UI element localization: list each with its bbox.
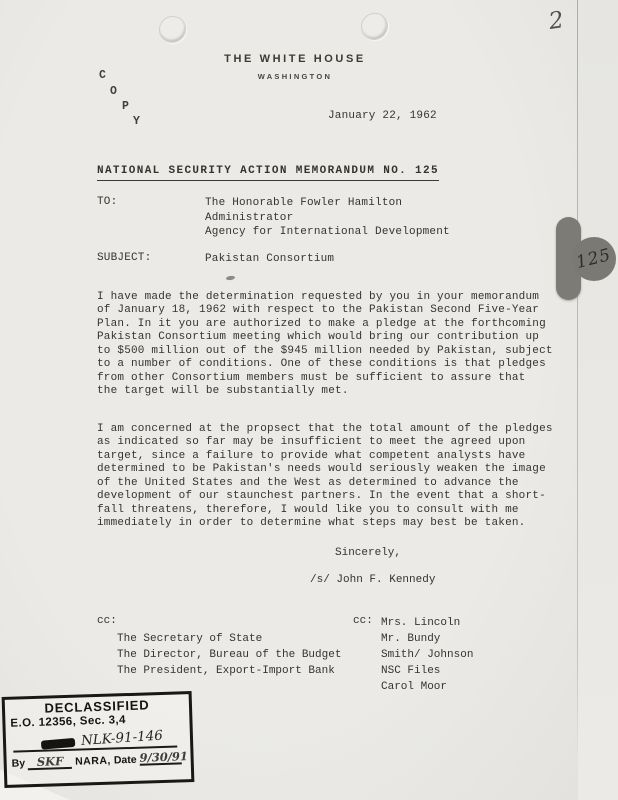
cc-right-item: Carol Moor	[381, 679, 473, 695]
stamp-date-label: Date	[114, 754, 137, 767]
copy-letter-y: Y	[133, 115, 140, 128]
closing-sincerely: Sincerely,	[335, 547, 401, 559]
cc-left-label: cc:	[97, 615, 117, 627]
copy-letter-o: O	[110, 85, 117, 98]
cc-left-item: The Secretary of State	[117, 631, 341, 647]
copy-letter-p: P	[122, 100, 129, 113]
letterhead-title: THE WHITE HOUSE	[0, 53, 590, 65]
signature-line: /s/ John F. Kennedy	[310, 574, 435, 586]
file-tab-number: 125	[574, 245, 613, 273]
cc-right-label: cc:	[353, 615, 373, 627]
cc-left-list: The Secretary of State The Director, Bur…	[117, 631, 341, 679]
cc-right-item: Mr. Bundy	[381, 631, 473, 647]
cc-right-list: Mrs. Lincoln Mr. Bundy Smith/ Johnson NS…	[381, 615, 473, 695]
paper-sheet	[0, 0, 578, 800]
cc-left-item: The President, Export-Import Bank	[117, 663, 341, 679]
stamp-by-initials: SKF	[28, 756, 72, 770]
file-tab-circle: 125	[572, 237, 616, 281]
cc-left-item: The Director, Bureau of the Budget	[117, 647, 341, 663]
memo-title: NATIONAL SECURITY ACTION MEMORANDUM NO. …	[97, 165, 439, 181]
letterhead: THE WHITE HOUSE WASHINGTON	[0, 0, 590, 81]
subject-label: SUBJECT:	[97, 252, 151, 264]
scanned-memo-page: 2 THE WHITE HOUSE WASHINGTON C O P Y Jan…	[0, 0, 618, 800]
to-value: The Honorable Fowler Hamilton Administra…	[205, 196, 450, 240]
body-paragraph-2: I am concerned at the propsect that the …	[97, 423, 569, 531]
stamp-case-number: NLK-91-146	[81, 728, 164, 749]
stamp-agency: NARA,	[75, 755, 111, 768]
letterhead-city: WASHINGTON	[0, 72, 590, 81]
cc-right-item: NSC Files	[381, 663, 473, 679]
declassification-stamp: DECLASSIFIED E.O. 12356, Sec. 3,4 NLK-91…	[2, 691, 195, 788]
page-edge-line	[577, 0, 578, 762]
body-paragraph-1: I have made the determination requested …	[97, 291, 569, 399]
stamp-date-value: 9/30/91	[139, 751, 181, 765]
stamp-scribble-mark	[41, 738, 76, 750]
scan-margin-strip	[578, 0, 618, 800]
copy-letter-c: C	[99, 69, 106, 82]
stamp-by-row: By SKF NARA, Date 9/30/91	[11, 751, 185, 769]
subject-value: Pakistan Consortium	[205, 252, 334, 267]
cc-right-item: Smith/ Johnson	[381, 647, 473, 663]
to-label: TO:	[97, 196, 117, 208]
stamp-case-row: NLK-91-146	[13, 728, 178, 753]
date-line: January 22, 1962	[328, 110, 437, 122]
cc-right-item: Mrs. Lincoln	[381, 615, 473, 631]
stamp-by-label: By	[12, 757, 26, 769]
